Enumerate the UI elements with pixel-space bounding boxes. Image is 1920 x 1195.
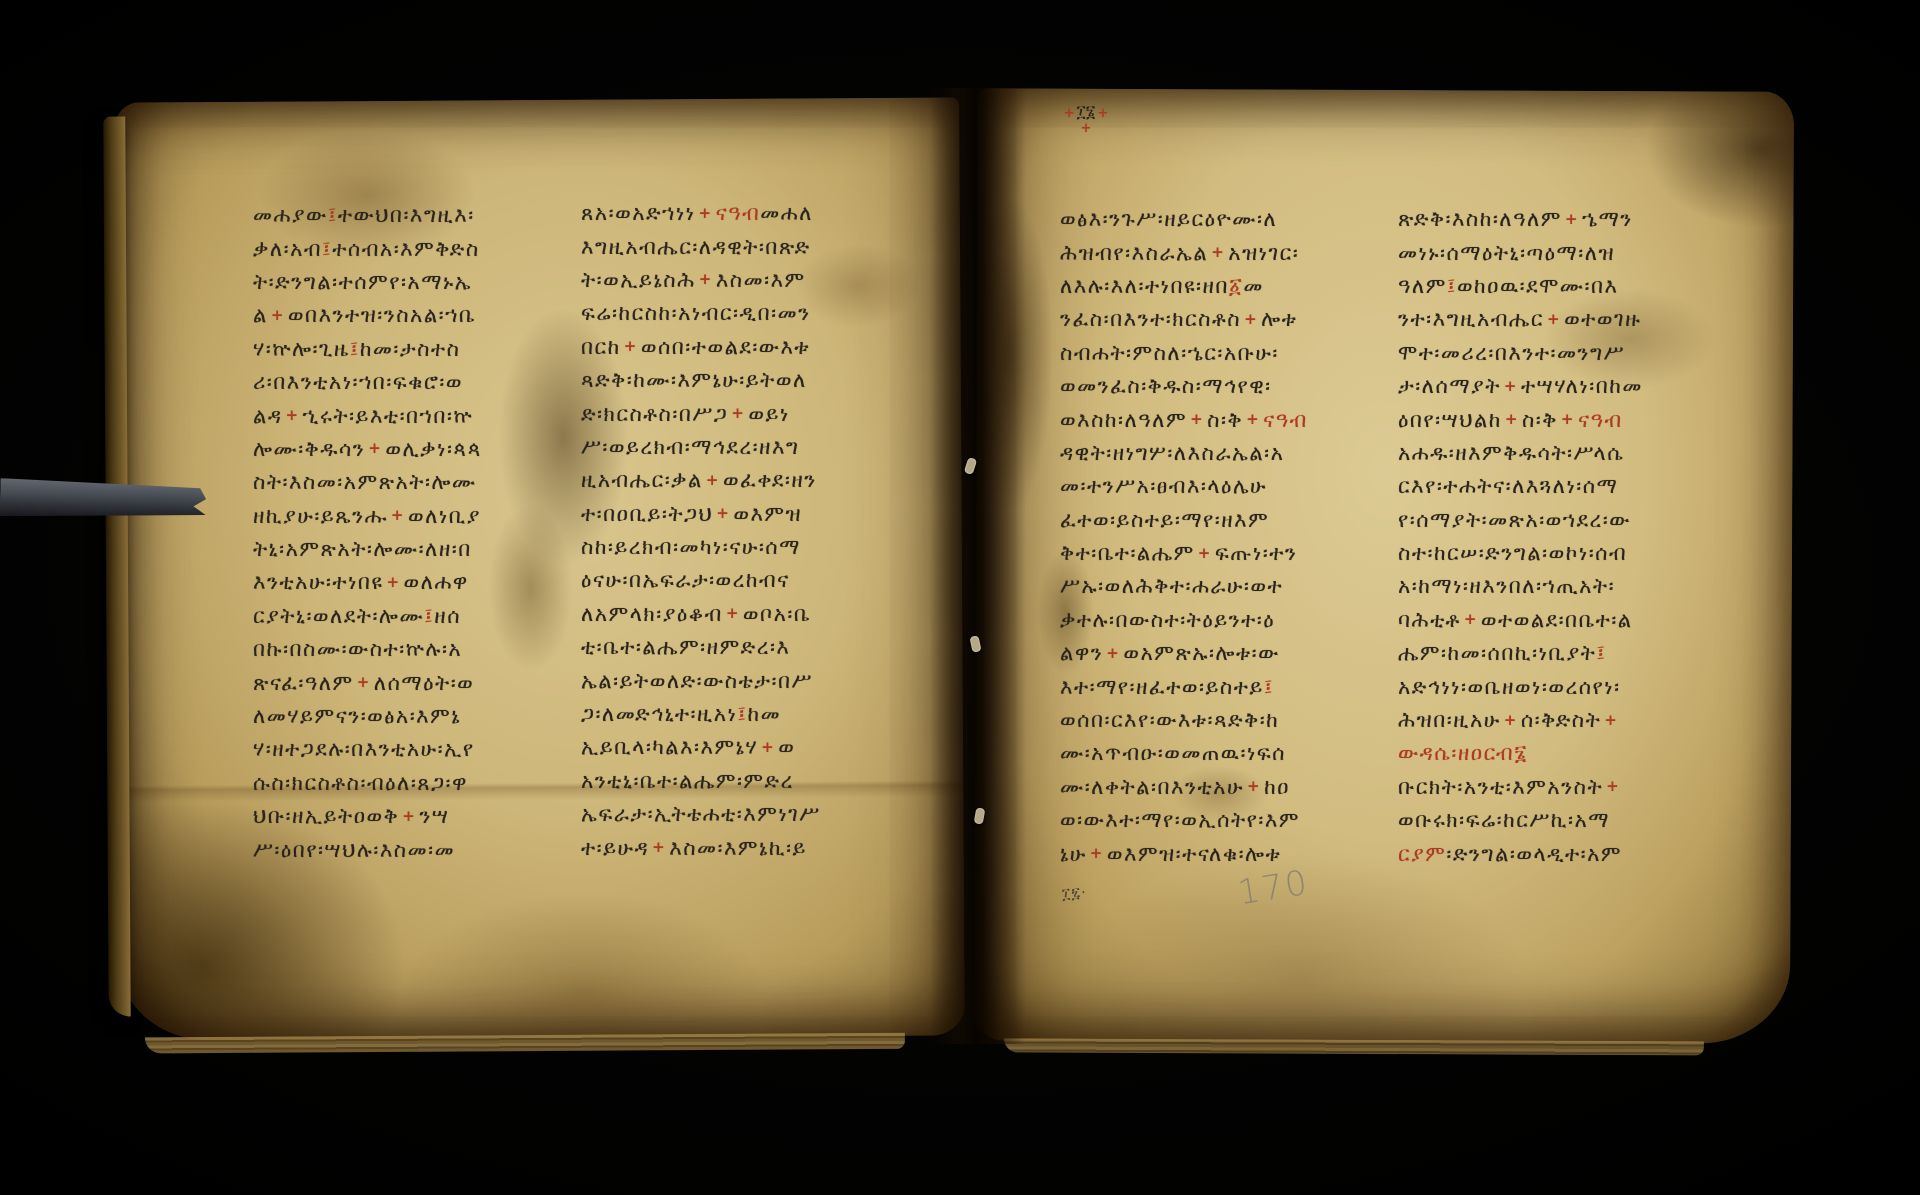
left-page-column-1: መሐያው፤ተውህበ፡እግዚእ፡ቃለ፡አብ፤ተሰብአ፡እምቅድስት፡ድንግል፡ተሰ… bbox=[253, 199, 545, 867]
geez-text: ታ፡ለሰማያት bbox=[1398, 374, 1501, 399]
text-line: ታ፡ለሰማያት+ተሣሃለነ፡በከመ bbox=[1398, 370, 1724, 403]
geez-text: አንቲኒ፡ቤተ፡ልሔም፡ምድረ bbox=[581, 769, 794, 794]
red-cross-mark: + bbox=[726, 604, 740, 622]
geez-text: ወፈቀደ፡ዘን bbox=[723, 468, 817, 493]
red-cross-mark: + bbox=[761, 738, 775, 756]
geez-text: ከመ bbox=[747, 702, 781, 727]
red-cross-mark: + bbox=[1561, 410, 1575, 428]
red-cross-mark: + bbox=[1504, 711, 1518, 729]
geez-rubric-text: ናዓብ bbox=[716, 201, 761, 226]
geez-text: አድኅነነ፡ወቤዘወነ፡ወረሰየነ፡ bbox=[1398, 675, 1621, 700]
folio-mark: +፲፮+ + bbox=[1046, 102, 1126, 136]
geez-rubric-text: ርያም bbox=[1398, 842, 1446, 867]
geez-text: መ፡ተንሥአ፡ፀብእ፡ላዕሌሁ bbox=[1060, 474, 1267, 499]
text-line: ፍሬ፡ከርስከ፡አነብር፡ዲበ፡መን bbox=[581, 297, 939, 330]
text-line: ወ፡ውእተ፡ማየ፡ወኢሰትየ፡እም bbox=[1060, 804, 1394, 837]
text-line: ወሰበ፡ርእየ፡ውእቱ፡ጻድቅ፡ከ bbox=[1060, 704, 1394, 737]
geez-text: ወቡሩክ፡ፍሬ፡ከርሥኪ፡አማ bbox=[1398, 808, 1610, 833]
text-line: ሞተ፡መሪረ፡በእንተ፡መንግሥ bbox=[1398, 337, 1724, 370]
geez-text: ሕዝብየ፡እስራኤል bbox=[1060, 241, 1208, 266]
text-line: በርከ+ወሰበ፡ተወልደ፡ውእቱ bbox=[581, 331, 939, 364]
geez-text: ባሕቲቶ bbox=[1398, 608, 1461, 633]
geez-rubric-text: ፤ bbox=[737, 702, 747, 727]
text-line: መ፡ተንሥአ፡ፀብእ፡ላዕሌሁ bbox=[1060, 470, 1394, 503]
text-line: ቃተሉ፡በውስተ፡ትዕይንተ፡ዕ bbox=[1060, 604, 1394, 637]
text-line: ዕበየ፡ሣህልከ+ስ፡ቅ+ናዓብ bbox=[1398, 403, 1724, 436]
text-line: ለአምላክ፡ያዕቆብ+ወቦአ፡ቤ bbox=[581, 598, 939, 631]
geez-text: ተሣሃለነ፡በከመ bbox=[1521, 374, 1643, 399]
text-line: እተ፡ማየ፡ዘፈተወ፡ይስተይ፤ bbox=[1060, 670, 1394, 703]
red-cross-mark: + bbox=[1090, 844, 1104, 862]
geez-text: ሥ፡ዕበየ፡ሣህሉ፡እስመ፡መ bbox=[253, 838, 455, 863]
geez-text: ወእስከ፡ለዓለም bbox=[1060, 408, 1187, 433]
text-line: ወእስከ፡ለዓለም+ስ፡ቅ+ናዓብ bbox=[1060, 403, 1394, 436]
geez-text: ለሰማዕት፡ወ bbox=[374, 671, 475, 696]
red-cross-mark: + bbox=[1505, 410, 1519, 428]
red-cross-mark: + bbox=[1211, 243, 1225, 261]
geez-text: ወቦአ፡ቤ bbox=[743, 602, 811, 627]
geez-text: ሔም፡ከመ፡ሰበኪ፡ነቢያት bbox=[1398, 641, 1596, 666]
geez-text: ወለነቢያ bbox=[408, 504, 481, 529]
geez-text: ስ፡ቅ bbox=[1522, 408, 1558, 433]
geez-text: ወይነ bbox=[748, 402, 789, 427]
geez-text: ጽድቅ፡እስከ፡ለዓለም bbox=[1398, 207, 1562, 232]
manuscript-photo: +፲፮+ + መሐያው፤ተውህበ፡እግዚእ፡ቃለ፡አብ፤ተሰብአ፡እምቅድስት፡… bbox=[0, 0, 1920, 1195]
geez-text: ሙ፡ለቀትል፡በእንቲአሁ bbox=[1060, 775, 1244, 800]
geez-text: ዓለም bbox=[1398, 274, 1447, 299]
right-page-column-2: ጽድቅ፡እስከ፡ለዓለም+ኄማንመነኑ፡ሰማዕትኒ፡ጣዕማ፡ለዝዓለም፤ወከዐዉ… bbox=[1398, 203, 1724, 871]
geez-text: መነኑ፡ሰማዕትኒ፡ጣዕማ፡ለዝ bbox=[1398, 241, 1615, 266]
geez-text: ንፈስ፡በእንተ፡ክርስቶስ bbox=[1060, 307, 1241, 332]
geez-rubric-text: ፤ bbox=[322, 237, 332, 262]
geez-text: ንሣ bbox=[419, 804, 449, 829]
red-cross-mark: + bbox=[1106, 644, 1120, 662]
geez-text: ጽናፈ፡ዓለም bbox=[253, 671, 354, 696]
geez-text: ሞተ፡መሪረ፡በእንተ፡መንግሥ bbox=[1398, 341, 1625, 366]
text-line: ስከ፡ይረክብ፡መካነ፡ናሁ፡ሰማ bbox=[581, 531, 939, 564]
text-line: ርእየ፡ተሐትና፡ለእጓለነ፡ሰማ bbox=[1398, 470, 1724, 503]
text-line: ሪ፡በእንቲአነ፡ኀበ፡ፍቁሮ፡ወ bbox=[253, 366, 545, 399]
text-line: ኢይቢላ፡ካልእ፡እምኔሃ+ወ bbox=[581, 731, 939, 764]
text-line: መነኑ፡ሰማዕትኒ፡ጣዕማ፡ለዝ bbox=[1398, 236, 1724, 269]
geez-text: ጋ፡ለመድኅኒተ፡ዚአነ bbox=[581, 702, 737, 727]
geez-text: ዳዊት፡ዘነግሦ፡ለእስራኤል፡አ bbox=[1060, 441, 1284, 466]
text-line: ኤል፡ይትወለድ፡ውስቴታ፡በሥ bbox=[581, 664, 939, 697]
geez-text: ወሰበ፡ተወልደ፡ውእቱ bbox=[641, 335, 810, 360]
geez-text: በኩ፡በስሙ፡ውስተ፡ኵሉ፡አ bbox=[253, 637, 462, 662]
geez-text: ለመሃይምናን፡ወፅአ፡እምኔ bbox=[253, 704, 461, 729]
text-line: ልዳ+ኂሩት፡ይእቲ፡በኀበ፡ኵ bbox=[253, 399, 545, 432]
geez-text: የ፡ሰማያት፡መጽአ፡ወኀደረ፡ው bbox=[1398, 508, 1631, 533]
geez-rubric-text: ፤ bbox=[1596, 641, 1606, 666]
geez-rubric-text: ፤ bbox=[350, 337, 360, 362]
text-line: ተ፡በዐቢይ፡ትጋህ+ወእምዝ bbox=[581, 498, 939, 531]
text-line: ስት፡እስመ፡አምጽአት፡ሎሙ bbox=[253, 466, 545, 499]
text-line: ትኒ፡አምጽአት፡ሎሙ፡ለዘ፡በ bbox=[253, 533, 545, 566]
red-cross-mark: + bbox=[1504, 377, 1518, 395]
geez-text: መሐያው bbox=[253, 203, 328, 228]
geez-text: አ፡ከማነ፡ዘእንበለ፡ኀጢአት፡ bbox=[1398, 574, 1615, 599]
red-cross-mark: + bbox=[699, 270, 713, 288]
text-line: ስተ፡ከርሠ፡ድንግል፡ወኮነ፡ሰብ bbox=[1398, 537, 1724, 570]
red-cross-mark: + bbox=[716, 504, 730, 522]
text-line: ንተ፡እግዚአብሔር+ወተወገዙ bbox=[1398, 303, 1724, 336]
geez-text: ኢይቢላ፡ካልእ፡እምኔሃ bbox=[581, 735, 758, 760]
geez-text: እስመ፡እም bbox=[716, 268, 806, 293]
geez-text: ትኒ፡አምጽአት፡ሎሙ፡ለዘ፡በ bbox=[253, 537, 472, 562]
geez-text: ቃለ፡አብ bbox=[253, 237, 322, 262]
text-line: ቡርክት፡አንቲ፡እምአንስት+ bbox=[1398, 771, 1724, 804]
stitch-thread bbox=[964, 457, 978, 475]
geez-text: ቡርክት፡አንቲ፡እምአንስት bbox=[1398, 775, 1603, 800]
text-line: ኔሁ+ወእምዝ፡ተናለቁ፡ሎቱ bbox=[1060, 837, 1394, 870]
geez-text: ወአምጽኡ፡ሎቱ፡ው bbox=[1123, 641, 1279, 666]
geez-text: ወ፡ውእተ፡ማየ፡ወኢሰትየ፡እም bbox=[1060, 808, 1300, 833]
red-cross-mark: + bbox=[731, 404, 745, 422]
text-line: ፈተወ፡ይስተይ፡ማየ፡ዘእም bbox=[1060, 504, 1394, 537]
text-line: ሥ፡ወይረክብ፡ማኅደረ፡ዘእግ bbox=[581, 431, 939, 464]
geez-text: ወተወገዙ bbox=[1564, 307, 1641, 332]
red-cross-mark: + bbox=[1565, 210, 1579, 228]
red-cross-mark: + bbox=[706, 471, 720, 489]
text-line: ወፅእ፡ንጉሥ፡ዘይርዕዮሙ፡ለ bbox=[1060, 203, 1394, 236]
red-cross-mark: + bbox=[271, 306, 285, 324]
text-line: ቃለ፡አብ፤ተሰብአ፡እምቅድስ bbox=[253, 232, 545, 265]
text-line: አንቲኒ፡ቤተ፡ልሔም፡ምድረ bbox=[581, 765, 939, 798]
text-line: ልዋን+ወአምጽኡ፡ሎቱ፡ው bbox=[1060, 637, 1394, 670]
text-line: ጋ፡ለመድኅኒተ፡ዚአነ፤ከመ bbox=[581, 698, 939, 731]
cross-icon: + bbox=[1048, 123, 1124, 135]
geez-text: ለእሉ፡እለ፡ተነበዩ፡ዘበ bbox=[1060, 274, 1229, 299]
geez-text: ኤፍራታ፡ኢትቴሐቲ፡እምነገሥ bbox=[581, 802, 821, 827]
red-cross-mark: + bbox=[1190, 410, 1204, 428]
red-cross-mark: + bbox=[1547, 310, 1561, 328]
text-line: ስብሐት፡ምስለ፡ኄር፡አቡሁ፡ bbox=[1060, 337, 1394, 370]
geez-text: ሙ፡አጥብዑ፡ወመጠዉ፡ነፍሰ bbox=[1060, 741, 1286, 766]
geez-text: እስመ፡እምኔኪ፡ይ bbox=[669, 836, 807, 861]
text-line: ርያም፡ድንግል፡ወላዲተ፡አም bbox=[1398, 837, 1724, 870]
text-line: ዚአብሔር፡ቃል+ወፈቀደ፡ዘን bbox=[581, 464, 939, 497]
geez-text: ሰ፡ቅድስት bbox=[1521, 708, 1601, 733]
text-line: ለመሃይምናን፡ወፅአ፡እምኔ bbox=[253, 700, 545, 733]
text-line: እግዚአብሔር፡ለዳዊት፡በጽድ bbox=[581, 230, 939, 263]
geez-text: ፡ድንግል፡ወላዲተ፡አም bbox=[1446, 842, 1622, 867]
geez-text: ጻድቅ፡ከሙ፡እምኔሁ፡ይትወለ bbox=[581, 368, 807, 393]
text-line: ቅተ፡ቤተ፡ልሔም+ፍጡነ፡ተን bbox=[1060, 537, 1394, 570]
text-line: ዘኪያሁ፡ይጼንሑ+ወለነቢያ bbox=[253, 500, 545, 533]
geez-text: ከመ፡ታስተስ bbox=[360, 337, 461, 362]
red-cross-mark: + bbox=[1604, 711, 1618, 729]
geez-text: ከዐ bbox=[1264, 775, 1290, 800]
geez-rubric-text: ናዓብ bbox=[1263, 408, 1308, 433]
geez-text: ወሰበ፡ርእየ፡ውእቱ፡ጻድቅ፡ከ bbox=[1060, 708, 1279, 733]
red-cross-mark: + bbox=[1464, 610, 1478, 628]
geez-text: ወሊቃነ፡ጳጳ bbox=[385, 437, 482, 462]
geez-rubric-text: ናዓብ bbox=[1578, 408, 1623, 433]
ink-margin-mark: ፲፯· bbox=[1061, 883, 1087, 903]
right-page-column-1: ወፅእ፡ንጉሥ፡ዘይርዕዮሙ፡ለሕዝብየ፡እስራኤል+አዝነገር፡ለእሉ፡እለ፡… bbox=[1060, 203, 1394, 871]
geez-text: ሃ፡ዘተጋደሉ፡በእንቲአሁ፡ኢየ bbox=[253, 737, 475, 762]
geez-text: ስከ፡ይረክብ፡መካነ፡ናሁ፡ሰማ bbox=[581, 535, 801, 560]
geez-text: ዕናሁ፡በኤፍራታ፡ወረከብና bbox=[581, 568, 790, 593]
text-line: አሐዱ፡ዘእምቅዱሳት፡ሥላሴ bbox=[1398, 437, 1724, 470]
text-line: ኤፍራታ፡ኢትቴሐቲ፡እምነገሥ bbox=[581, 798, 939, 831]
geez-text: ወለሐዋ bbox=[404, 570, 469, 595]
geez-text: ለአምላክ፡ያዕቆብ bbox=[581, 602, 723, 627]
geez-text: አሐዱ፡ዘእምቅዱሳት፡ሥላሴ bbox=[1398, 441, 1624, 466]
red-cross-mark: + bbox=[1247, 777, 1261, 795]
text-line: ል+ወበእንተዝ፡ንስአል፡ኀቤ bbox=[253, 299, 545, 332]
text-line: ሥኡ፡ወለሕቅተ፡ሐራሁ፡ወተ bbox=[1060, 570, 1394, 603]
geez-text: ስት፡እስመ፡አምጽአት፡ሎሙ bbox=[253, 470, 477, 495]
geez-rubric-text: ውዳሴ፡ዘዐርብ፮ bbox=[1398, 741, 1528, 766]
text-line: ጸአ፡ወአድኀነነ+ናዓብ መሐለ bbox=[581, 197, 939, 230]
red-cross-mark: + bbox=[1244, 310, 1258, 328]
text-line: ዳዊት፡ዘነግሦ፡ለእስራኤል፡አ bbox=[1060, 437, 1394, 470]
text-line: ሃ፡ኵሎ፡ጊዜ፤ከመ፡ታስተስ bbox=[253, 333, 545, 366]
geez-rubric-text: ፤ bbox=[1264, 675, 1274, 700]
geez-text: ልዳ bbox=[253, 404, 282, 429]
geez-text: ኤል፡ይትወለድ፡ውስቴታ፡በሥ bbox=[581, 669, 813, 694]
text-line: ወቡሩክ፡ፍሬ፡ከርሥኪ፡አማ bbox=[1398, 804, 1724, 837]
text-line: አ፡ከማነ፡ዘእንበለ፡ኀጢአት፡ bbox=[1398, 570, 1724, 603]
cross-icon: + bbox=[1064, 106, 1075, 121]
text-line: ሕዝበ፡ዚአሁ+ሰ፡ቅድስት+ bbox=[1398, 704, 1724, 737]
text-line: ህቡ፡ዘኢይትዐወቅ+ንሣ bbox=[253, 800, 545, 833]
geez-text: ሱስ፡ክርስቶስ፡ብዕለ፡ጸጋ፡ዋ bbox=[253, 771, 468, 796]
text-line: ሱስ፡ክርስቶስ፡ብዕለ፡ጸጋ፡ዋ bbox=[253, 767, 545, 800]
red-cross-mark: + bbox=[624, 337, 638, 355]
text-line: ሃ፡ዘተጋደሉ፡በእንቲአሁ፡ኢየ bbox=[253, 733, 545, 766]
text-line: ሕዝብየ፡እስራኤል+አዝነገር፡ bbox=[1060, 236, 1394, 269]
geez-text: ት፡ድንግል፡ተሰምየ፡አማኑኤ bbox=[253, 270, 472, 295]
geez-text: ቅተ፡ቤተ፡ልሔም bbox=[1060, 541, 1195, 566]
geez-text: ፍሬ፡ከርስከ፡አነብር፡ዲበ፡መን bbox=[581, 301, 811, 326]
geez-text: ስብሐት፡ምስለ፡ኄር፡አቡሁ፡ bbox=[1060, 341, 1279, 366]
red-cross-mark: + bbox=[699, 204, 713, 222]
red-cross-mark: + bbox=[391, 506, 405, 524]
red-cross-mark: + bbox=[1198, 544, 1212, 562]
text-line: ጽድቅ፡እስከ፡ለዓለም+ኄማን bbox=[1398, 203, 1724, 236]
geez-text: ስ፡ቅ bbox=[1207, 408, 1243, 433]
text-line: ት፡ወኢይኔስሕ+እስመ፡እም bbox=[581, 264, 939, 297]
geez-text: ድ፡ክርስቶስ፡በሥጋ bbox=[581, 402, 728, 427]
text-line: ሙ፡አጥብዑ፡ወመጠዉ፡ነፍሰ bbox=[1060, 737, 1394, 770]
text-line: ርያትኒ፡ወለደት፡ሎሙ፤ዘሰ bbox=[253, 600, 545, 633]
geez-text: ሪ፡በእንቲአነ፡ኀበ፡ፍቁሮ፡ወ bbox=[253, 370, 463, 395]
geez-text: ልዋን bbox=[1060, 641, 1103, 666]
geez-text: እተ፡ማየ፡ዘፈተወ፡ይስተይ bbox=[1060, 675, 1264, 700]
geez-text: ሃ፡ኵሎ፡ጊዜ bbox=[253, 337, 350, 362]
red-cross-mark: + bbox=[386, 573, 400, 591]
text-line: ውዳሴ፡ዘዐርብ፮ bbox=[1398, 737, 1724, 770]
geez-text: ሕዝበ፡ዚአሁ bbox=[1398, 708, 1501, 733]
geez-text: ዚአብሔር፡ቃል bbox=[581, 468, 703, 493]
text-line: አድኅነነ፡ወቤዘወነ፡ወረሰየነ፡ bbox=[1398, 670, 1724, 703]
red-cross-mark: + bbox=[1606, 777, 1620, 795]
geez-text: ህቡ፡ዘኢይትዐወቅ bbox=[253, 804, 399, 829]
geez-text: ወፅእ፡ንጉሥ፡ዘይርዕዮሙ፡ለ bbox=[1060, 207, 1277, 232]
text-line: ዕናሁ፡በኤፍራታ፡ወረከብና bbox=[581, 564, 939, 597]
text-line: ዓለም፤ወከዐዉ፡ደሞሙ፡በእ bbox=[1398, 270, 1724, 303]
geez-text: ስተ፡ከርሠ፡ድንግል፡ወኮነ፡ሰብ bbox=[1398, 541, 1627, 566]
text-line: ሥ፡ዕበየ፡ሣህሉ፡እስመ፡መ bbox=[253, 833, 545, 866]
geez-text: ወከዐዉ፡ደሞሙ፡በእ bbox=[1457, 274, 1619, 299]
text-line: ጽናፈ፡ዓለም+ለሰማዕት፡ወ bbox=[253, 666, 545, 699]
geez-text: ወእምዝ፡ተናለቁ፡ሎቱ bbox=[1107, 842, 1281, 867]
geez-text: ኔሁ bbox=[1060, 842, 1087, 867]
geez-text: ኂሩት፡ይእቲ፡በኀበ፡ኵ bbox=[303, 404, 474, 429]
text-line: ሔም፡ከመ፡ሰበኪ፡ነቢያት፤ bbox=[1398, 637, 1724, 670]
geez-text: ቃተሉ፡በውስተ፡ትዕይንተ፡ዕ bbox=[1060, 608, 1275, 633]
text-line: ለእሉ፡እለ፡ተነበዩ፡ዘበ፩መ bbox=[1060, 270, 1394, 303]
geez-text: ዘሰ bbox=[434, 604, 461, 629]
red-cross-mark: + bbox=[652, 838, 666, 856]
geez-text: መ bbox=[1243, 274, 1263, 299]
red-cross-mark: + bbox=[357, 673, 371, 691]
geez-text: ወእምዝ bbox=[733, 502, 802, 527]
geez-text: ወመንፈስ፡ቅዱስ፡ማኅየዊ፡ bbox=[1060, 374, 1272, 399]
geez-text: ት፡ወኢይኔስሕ bbox=[581, 268, 696, 293]
geez-text: ጸአ፡ወአድኀነነ bbox=[581, 201, 696, 226]
geez-text: ርያትኒ፡ወለደት፡ሎሙ bbox=[253, 604, 424, 629]
geez-text: ንተ፡እግዚአብሔር bbox=[1398, 307, 1544, 332]
text-line: ተ፡ይሁዳ+እስመ፡እምኔኪ፡ይ bbox=[581, 831, 939, 864]
geez-rubric-text: ፩ bbox=[1229, 274, 1243, 299]
geez-text: ፍጡነ፡ተን bbox=[1215, 541, 1298, 566]
red-cross-mark: + bbox=[1246, 410, 1260, 428]
geez-text: ቲ፡ቤተ፡ልሔም፡ዘምድረ፡እ bbox=[581, 635, 790, 660]
geez-text: ሎሙ፡ቅዱሳን bbox=[253, 437, 365, 462]
geez-text: ተሰብአ፡እምቅድስ bbox=[332, 237, 479, 262]
text-line: ሎሙ፡ቅዱሳን+ወሊቃነ፡ጳጳ bbox=[253, 433, 545, 466]
geez-text: አዝነገር፡ bbox=[1228, 241, 1299, 266]
text-line: ንፈስ፡በእንተ፡ክርስቶስ+ሎቱ bbox=[1060, 303, 1394, 336]
text-line: መሐያው፤ተውህበ፡እግዚእ፡ bbox=[253, 199, 545, 232]
geez-text: በርከ bbox=[581, 335, 621, 360]
red-cross-mark: + bbox=[402, 807, 416, 825]
text-line: በኩ፡በስሙ፡ውስተ፡ኵሉ፡አ bbox=[253, 633, 545, 666]
geez-text: ተ፡ይሁዳ bbox=[581, 836, 649, 861]
geez-text: እንቲአሁ፡ተነበዩ bbox=[253, 570, 383, 595]
geez-text: ሎቱ bbox=[1261, 307, 1297, 332]
red-cross-mark: + bbox=[285, 406, 299, 424]
geez-text: ተውህበ፡እግዚእ፡ bbox=[338, 203, 475, 228]
geez-text: ወበእንተዝ፡ንስአል፡ኀቤ bbox=[288, 303, 476, 328]
text-line: ጻድቅ፡ከሙ፡እምኔሁ፡ይትወለ bbox=[581, 364, 939, 397]
geez-text: ዘኪያሁ፡ይጼንሑ bbox=[253, 504, 388, 529]
geez-text: ርእየ፡ተሐትና፡ለእጓለነ፡ሰማ bbox=[1398, 474, 1618, 499]
geez-text: መሐለ bbox=[760, 201, 813, 226]
text-line: ወመንፈስ፡ቅዱስ፡ማኅየዊ፡ bbox=[1060, 370, 1394, 403]
geez-text: ኄማን bbox=[1582, 207, 1633, 232]
geez-rubric-text: ፤ bbox=[424, 604, 434, 629]
text-line: ድ፡ክርስቶስ፡በሥጋ+ወይነ bbox=[581, 397, 939, 430]
geez-rubric-text: ፤ bbox=[1447, 274, 1457, 299]
text-line: ባሕቲቶ+ወተወልደ፡በቤተ፡ል bbox=[1398, 604, 1724, 637]
geez-text: ወተወልደ፡በቤተ፡ል bbox=[1481, 608, 1633, 633]
geez-text: ዕበየ፡ሣህልከ bbox=[1398, 408, 1502, 433]
folio-number: ፲፮ bbox=[1077, 102, 1096, 122]
text-line: እንቲአሁ፡ተነበዩ+ወለሐዋ bbox=[253, 566, 545, 599]
geez-text: ፈተወ፡ይስተይ፡ማየ፡ዘእም bbox=[1060, 508, 1269, 533]
geez-text: ል bbox=[253, 303, 268, 328]
geez-text: ተ፡በዐቢይ፡ትጋህ bbox=[581, 502, 713, 527]
cross-icon: + bbox=[1097, 106, 1108, 121]
text-line: ቲ፡ቤተ፡ልሔም፡ዘምድረ፡እ bbox=[581, 631, 939, 664]
text-line: ት፡ድንግል፡ተሰምየ፡አማኑኤ bbox=[253, 266, 545, 299]
red-cross-mark: + bbox=[368, 439, 382, 457]
geez-text: እግዚአብሔር፡ለዳዊት፡በጽድ bbox=[581, 235, 811, 260]
text-line: የ፡ሰማያት፡መጽአ፡ወኀደረ፡ው bbox=[1398, 504, 1724, 537]
text-line: ሙ፡ለቀትል፡በእንቲአሁ+ከዐ bbox=[1060, 771, 1394, 804]
geez-text: ሥ፡ወይረክብ፡ማኅደረ፡ዘእግ bbox=[581, 435, 800, 460]
geez-text: ወ bbox=[778, 735, 795, 760]
geez-text: ሥኡ፡ወለሕቅተ፡ሐራሁ፡ወተ bbox=[1060, 574, 1283, 599]
left-page-column-2: ጸአ፡ወአድኀነነ+ናዓብ መሐለእግዚአብሔር፡ለዳዊት፡በጽድት፡ወኢይኔስ… bbox=[581, 197, 939, 865]
geez-rubric-text: ፤ bbox=[328, 203, 338, 228]
